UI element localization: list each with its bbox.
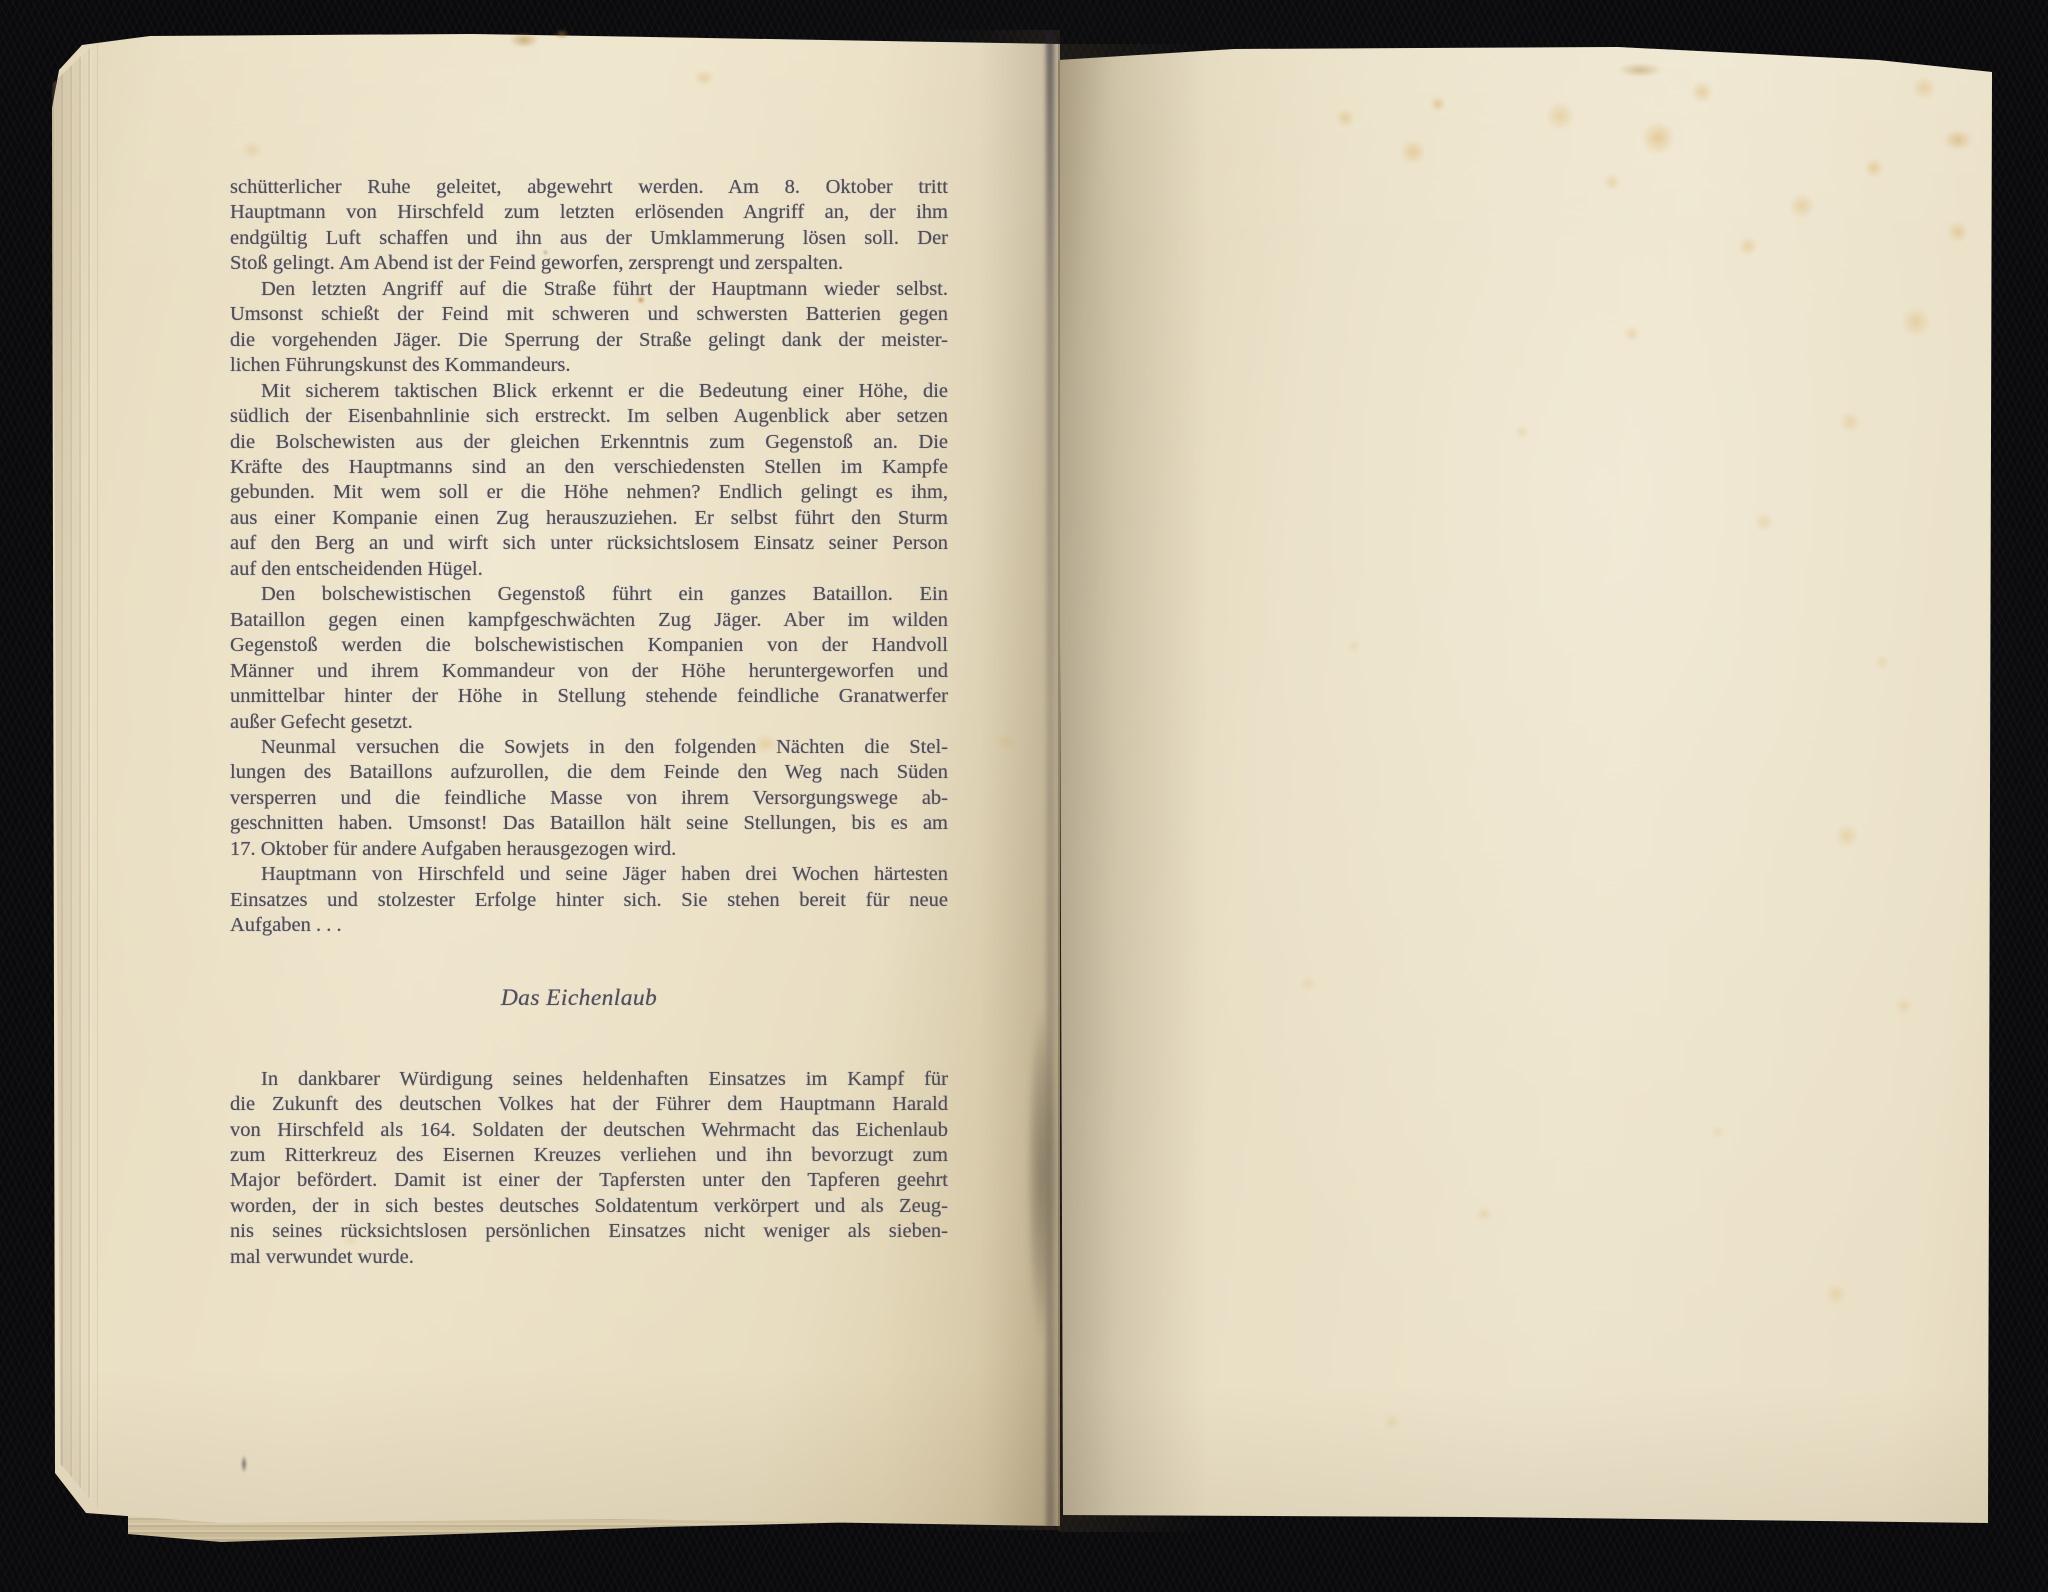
paragraph: In dankbarer Würdigung seines heldenhaft… [230, 1067, 948, 1271]
text-line: endgültig Luft schaffen und ihn aus der … [230, 226, 948, 251]
text-line: außer Gefecht gesetzt. [230, 710, 948, 735]
text-line: 17. Oktober für andere Aufgaben herausge… [230, 837, 948, 862]
text-line: schütterlicher Ruhe geleitet, abgewehrt … [230, 175, 948, 200]
text-line: Neunmal versuchen die Sowjets in den fol… [230, 735, 948, 760]
text-line: auf den entscheidenden Hügel. [230, 557, 948, 582]
book-photo-scene: schütterlicher Ruhe geleitet, abgewehrt … [0, 0, 2048, 1592]
text-line: die Zukunft des deutschen Volkes hat der… [230, 1092, 948, 1117]
left-page-text-block: schütterlicher Ruhe geleitet, abgewehrt … [230, 175, 948, 1270]
text-line: Hauptmann von Hirschfeld und seine Jäger… [230, 862, 948, 887]
gutter-shadow-right [1058, 44, 1208, 1532]
text-line: worden, der in sich bestes deutsches Sol… [230, 1194, 948, 1219]
text-line: Den letzten Angriff auf die Straße führt… [230, 277, 948, 302]
text-line: aus einer Kompanie einen Zug herauszuzie… [230, 506, 948, 531]
text-line: Männer und ihrem Kommandeur von der Höhe… [230, 659, 948, 684]
paragraph: schütterlicher Ruhe geleitet, abgewehrt … [230, 175, 948, 277]
text-line: nis seines rücksichtslosen persönlichen … [230, 1219, 948, 1244]
text-line: Mit sicherem taktischen Blick erkennt er… [230, 379, 948, 404]
text-line: Gegenstoß werden die bolschewistischen K… [230, 633, 948, 658]
text-line: Bataillon gegen einen kampfgeschwächten … [230, 608, 948, 633]
text-line: gebunden. Mit wem soll er die Höhe nehme… [230, 480, 948, 505]
text-line: lungen des Bataillons aufzurollen, die d… [230, 760, 948, 785]
text-line: Major befördert. Damit ist einer der Tap… [230, 1168, 948, 1193]
paragraph: Neunmal versuchen die Sowjets in den fol… [230, 735, 948, 862]
paragraph: Mit sicherem taktischen Blick erkennt er… [230, 379, 948, 583]
gutter-stain [1027, 1010, 1057, 1340]
text-line: die Bolschewisten aus der gleichen Erken… [230, 430, 948, 455]
paragraph: Hauptmann von Hirschfeld und seine Jäger… [230, 862, 948, 938]
text-line: Stoß gelingt. Am Abend ist der Feind gew… [230, 251, 948, 276]
text-line: die vorgehenden Jäger. Die Sperrung der … [230, 328, 948, 353]
text-line: Den bolschewistischen Gegenstoß führt ei… [230, 582, 948, 607]
text-line: Umsonst schießt der Feind mit schweren u… [230, 302, 948, 327]
paragraph: Den letzten Angriff auf die Straße führt… [230, 277, 948, 379]
text-line: unmittelbar hinter der Höhe in Stellung … [230, 684, 948, 709]
text-line: Aufgaben . . . [230, 913, 948, 938]
text-line: zum Ritterkreuz des Eisernen Kreuzes ver… [230, 1143, 948, 1168]
text-line: versperren und die feindliche Masse von … [230, 786, 948, 811]
section-heading: Das Eichenlaub [220, 983, 938, 1013]
text-line: mal verwundet wurde. [230, 1245, 948, 1270]
text-line: Hauptmann von Hirschfeld zum letzten erl… [230, 200, 948, 225]
text-line: lichen Führungskunst des Kommandeurs. [230, 353, 948, 378]
paragraph: Den bolschewistischen Gegenstoß führt ei… [230, 582, 948, 735]
text-line: Kräfte des Hauptmanns sind an den versch… [230, 455, 948, 480]
text-line: auf den Berg an und wirft sich unter rüc… [230, 531, 948, 556]
text-line: südlich der Eisenbahnlinie sich erstreck… [230, 404, 948, 429]
text-line: Einsatzes und stolzester Erfolge hinter … [230, 888, 948, 913]
text-line: In dankbarer Würdigung seines heldenhaft… [230, 1067, 948, 1092]
text-line: geschnitten haben. Umsonst! Das Bataillo… [230, 811, 948, 836]
text-line: von Hirschfeld als 164. Soldaten der deu… [230, 1118, 948, 1143]
